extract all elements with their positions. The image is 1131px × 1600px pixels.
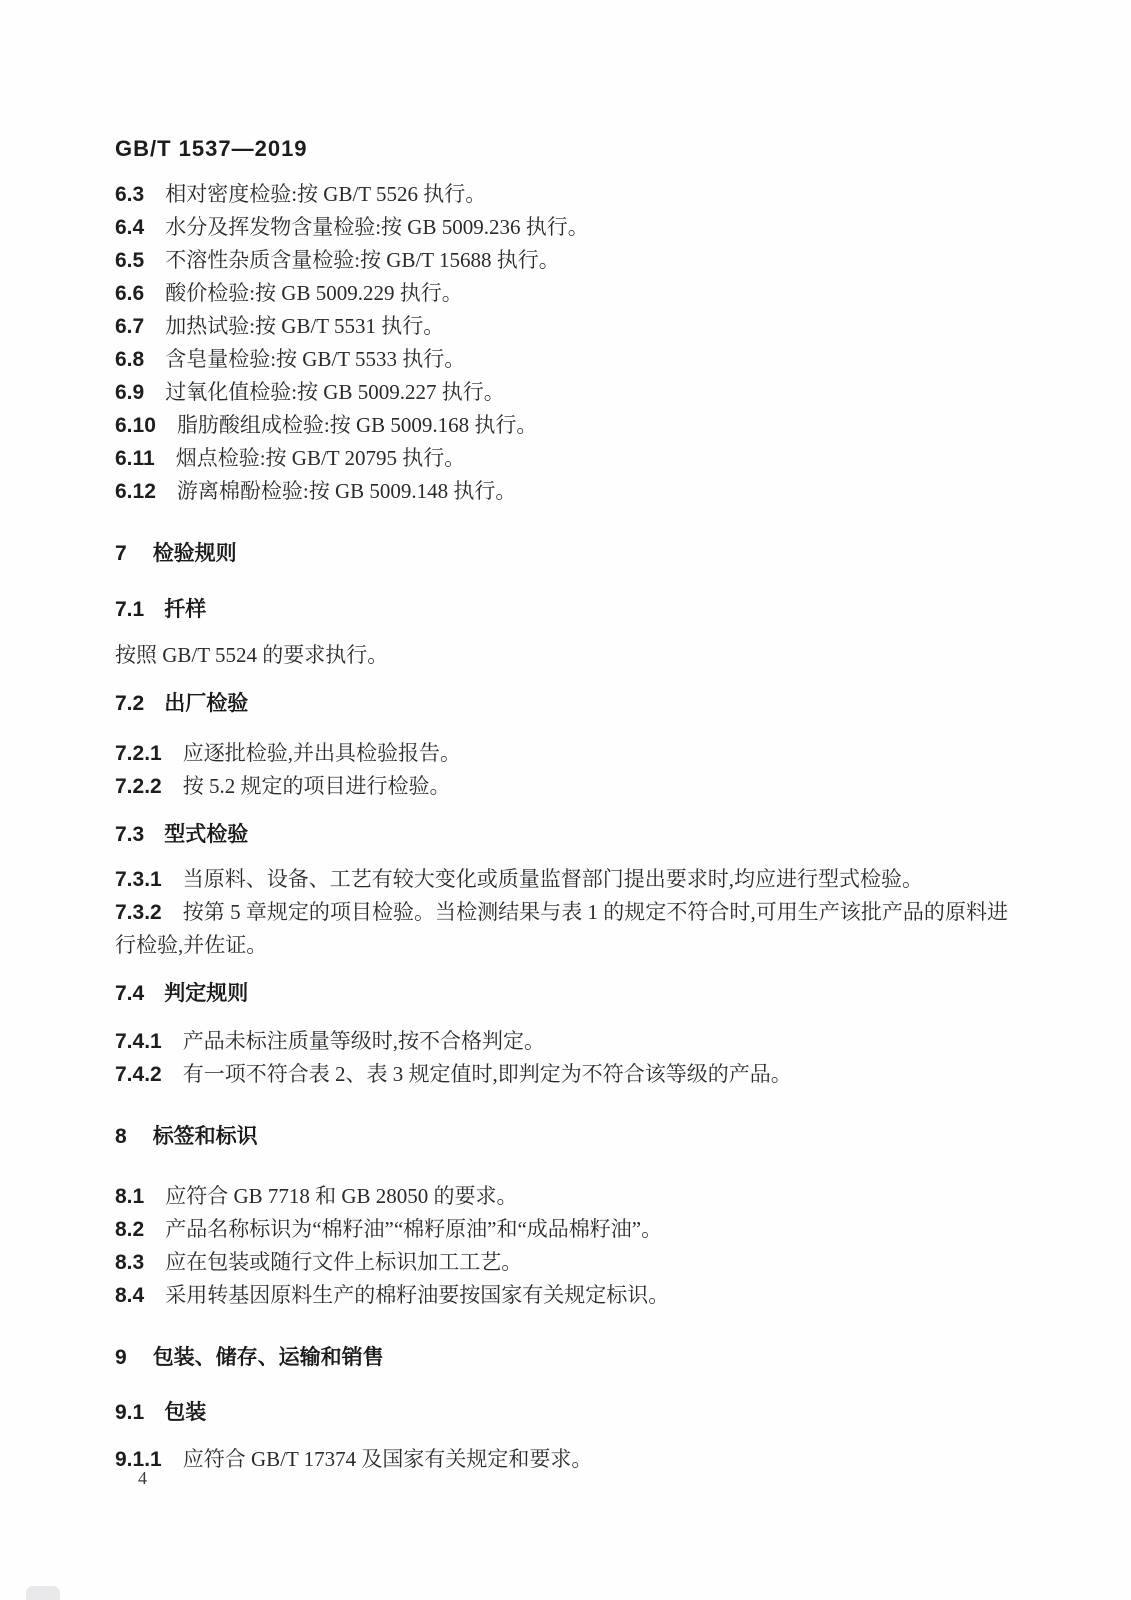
clause-number: 7.3.2 xyxy=(115,901,162,924)
clause-number: 8.1 xyxy=(115,1185,144,1208)
subsection-number: 7.4 xyxy=(115,982,144,1005)
clause-6-9: 6.9过氧化值检验:按 GB 5009.227 执行。 xyxy=(115,376,1008,409)
clause-number: 6.11 xyxy=(115,447,155,470)
clause-number: 6.5 xyxy=(115,249,144,272)
subsection-title: 扦样 xyxy=(164,598,206,621)
clause-6-7: 6.7加热试验:按 GB/T 5531 执行。 xyxy=(115,310,1008,343)
section-number: 7 xyxy=(115,542,127,565)
paragraph-7-1-body: 按照 GB/T 5524 的要求执行。 xyxy=(115,639,1008,672)
clause-8-1: 8.1应符合 GB 7718 和 GB 28050 的要求。 xyxy=(115,1180,1008,1213)
subsection-heading-7-3: 7.3型式检验 xyxy=(115,818,1008,851)
clause-number: 7.4.1 xyxy=(115,1030,162,1053)
clause-number: 8.3 xyxy=(115,1251,144,1274)
clause-text: 过氧化值检验:按 GB 5009.227 执行。 xyxy=(165,380,505,404)
clause-number: 6.9 xyxy=(115,381,144,404)
clause-text: 有一项不符合表 2、表 3 规定值时,即判定为不符合该等级的产品。 xyxy=(183,1062,792,1086)
clause-6-4: 6.4水分及挥发物含量检验:按 GB 5009.236 执行。 xyxy=(115,211,1008,244)
clause-number: 7.2.2 xyxy=(115,775,162,798)
subsection-number: 7.2 xyxy=(115,692,144,715)
subsection-number: 7.3 xyxy=(115,823,144,846)
scan-corner-artifact xyxy=(26,1586,60,1600)
section-heading-9: 9包装、储存、运输和销售 xyxy=(115,1341,1008,1374)
document-page: GB/T 1537—2019 6.3相对密度检验:按 GB/T 5526 执行。… xyxy=(0,0,1131,1600)
subsection-title: 判定规则 xyxy=(164,982,248,1005)
subsection-heading-7-1: 7.1扦样 xyxy=(115,593,1008,626)
clause-text: 不溶性杂质含量检验:按 GB/T 15688 执行。 xyxy=(165,248,560,272)
subsection-heading-7-2: 7.2出厂检验 xyxy=(115,687,1008,720)
clause-number: 6.4 xyxy=(115,216,144,239)
clause-text: 脂肪酸组成检验:按 GB 5009.168 执行。 xyxy=(177,413,538,437)
clause-6-5: 6.5不溶性杂质含量检验:按 GB/T 15688 执行。 xyxy=(115,244,1008,277)
clause-7-3-1: 7.3.1当原料、设备、工艺有较大变化或质量监督部门提出要求时,均应进行型式检验… xyxy=(115,863,1008,896)
document-body: 6.3相对密度检验:按 GB/T 5526 执行。 6.4水分及挥发物含量检验:… xyxy=(115,178,1008,1476)
clause-text: 应符合 GB 7718 和 GB 28050 的要求。 xyxy=(165,1184,517,1208)
clause-6-3: 6.3相对密度检验:按 GB/T 5526 执行。 xyxy=(115,178,1008,211)
clause-7-3-2: 7.3.2按第 5 章规定的项目检验。当检测结果与表 1 的规定不符合时,可用生… xyxy=(115,896,1008,962)
subsection-heading-7-4: 7.4判定规则 xyxy=(115,977,1008,1010)
clause-9-1-1: 9.1.1应符合 GB/T 17374 及国家有关规定和要求。 xyxy=(115,1443,1008,1476)
subsection-heading-9-1: 9.1包装 xyxy=(115,1396,1008,1429)
clause-6-8: 6.8含皂量检验:按 GB/T 5533 执行。 xyxy=(115,343,1008,376)
clause-7-2-2: 7.2.2按 5.2 规定的项目进行检验。 xyxy=(115,770,1008,803)
clause-text: 按第 5 章规定的项目检验。当检测结果与表 1 的规定不符合时,可用生产该批产品… xyxy=(115,900,1008,957)
clause-8-4: 8.4采用转基因原料生产的棉籽油要按国家有关规定标识。 xyxy=(115,1279,1008,1312)
clause-text: 烟点检验:按 GB/T 20795 执行。 xyxy=(176,446,466,470)
clause-text: 应在包装或随行文件上标识加工工艺。 xyxy=(165,1250,522,1274)
clause-number: 7.3.1 xyxy=(115,868,162,891)
clause-text: 含皂量检验:按 GB/T 5533 执行。 xyxy=(165,347,465,371)
subsection-number: 7.1 xyxy=(115,598,144,621)
clause-text: 按 5.2 规定的项目进行检验。 xyxy=(183,774,451,798)
clause-7-2-1: 7.2.1应逐批检验,并出具检验报告。 xyxy=(115,737,1008,770)
clause-8-3: 8.3应在包装或随行文件上标识加工工艺。 xyxy=(115,1246,1008,1279)
clause-number: 6.10 xyxy=(115,414,156,437)
standard-code-header: GB/T 1537—2019 xyxy=(115,136,1008,162)
clause-number: 6.8 xyxy=(115,348,144,371)
section-heading-7: 7检验规则 xyxy=(115,537,1008,570)
subsection-title: 出厂检验 xyxy=(164,692,248,715)
clause-7-4-1: 7.4.1产品未标注质量等级时,按不合格判定。 xyxy=(115,1025,1008,1058)
clause-number: 8.2 xyxy=(115,1218,144,1241)
subsection-title: 包装 xyxy=(164,1401,206,1424)
clause-text: 水分及挥发物含量检验:按 GB 5009.236 执行。 xyxy=(165,215,589,239)
clause-6-10: 6.10脂肪酸组成检验:按 GB 5009.168 执行。 xyxy=(115,409,1008,442)
clause-7-4-2: 7.4.2有一项不符合表 2、表 3 规定值时,即判定为不符合该等级的产品。 xyxy=(115,1058,1008,1091)
clause-6-11: 6.11烟点检验:按 GB/T 20795 执行。 xyxy=(115,442,1008,475)
clause-number: 6.7 xyxy=(115,315,144,338)
clause-text: 应逐批检验,并出具检验报告。 xyxy=(183,741,461,765)
clause-number: 7.2.1 xyxy=(115,742,162,765)
section-number: 9 xyxy=(115,1346,127,1369)
clause-text: 加热试验:按 GB/T 5531 执行。 xyxy=(165,314,444,338)
clause-text: 采用转基因原料生产的棉籽油要按国家有关规定标识。 xyxy=(165,1283,669,1307)
section-title: 包装、储存、运输和销售 xyxy=(153,1346,384,1369)
clause-text: 当原料、设备、工艺有较大变化或质量监督部门提出要求时,均应进行型式检验。 xyxy=(183,867,923,891)
clause-text: 游离棉酚检验:按 GB 5009.148 执行。 xyxy=(177,479,517,503)
clause-number: 8.4 xyxy=(115,1284,144,1307)
clause-8-2: 8.2产品名称标识为“棉籽油”“棉籽原油”和“成品棉籽油”。 xyxy=(115,1213,1008,1246)
clause-text: 产品未标注质量等级时,按不合格判定。 xyxy=(183,1029,545,1053)
subsection-title: 型式检验 xyxy=(164,823,248,846)
clause-number: 6.12 xyxy=(115,480,156,503)
subsection-number: 9.1 xyxy=(115,1401,144,1424)
clause-text: 酸价检验:按 GB 5009.229 执行。 xyxy=(165,281,463,305)
section-heading-8: 8标签和标识 xyxy=(115,1120,1008,1153)
section-title: 检验规则 xyxy=(153,542,237,565)
clause-text: 产品名称标识为“棉籽油”“棉籽原油”和“成品棉籽油”。 xyxy=(165,1217,662,1241)
clause-number: 6.6 xyxy=(115,282,144,305)
clause-6-6: 6.6酸价检验:按 GB 5009.229 执行。 xyxy=(115,277,1008,310)
section-number: 8 xyxy=(115,1125,127,1148)
page-number: 4 xyxy=(138,1468,147,1489)
clause-number: 6.3 xyxy=(115,183,144,206)
clause-text: 应符合 GB/T 17374 及国家有关规定和要求。 xyxy=(183,1447,593,1471)
section-title: 标签和标识 xyxy=(153,1125,258,1148)
clause-number: 7.4.2 xyxy=(115,1063,162,1086)
clause-text: 相对密度检验:按 GB/T 5526 执行。 xyxy=(165,182,486,206)
clause-6-12: 6.12游离棉酚检验:按 GB 5009.148 执行。 xyxy=(115,475,1008,508)
